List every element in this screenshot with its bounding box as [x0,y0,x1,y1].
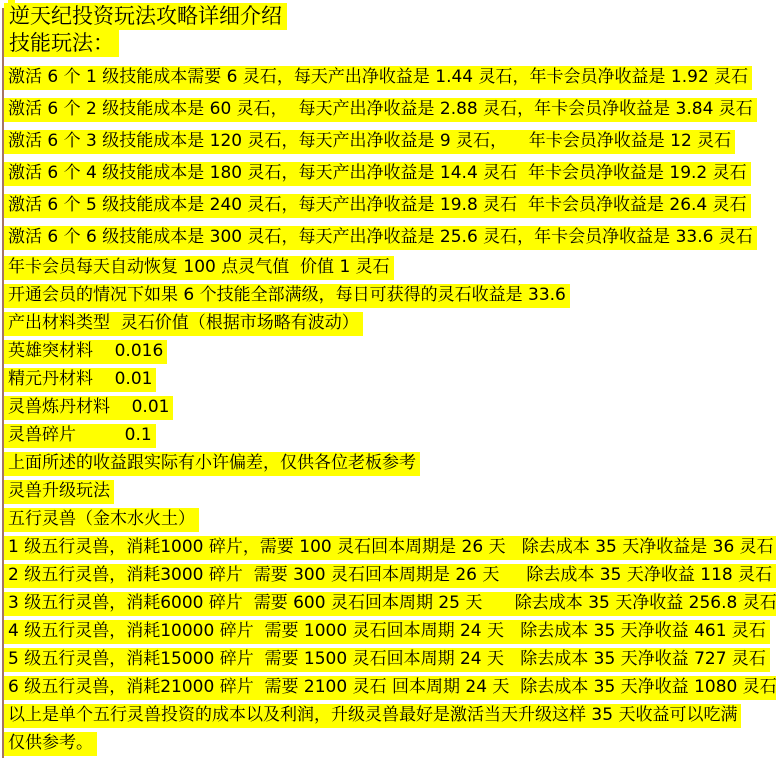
reference-note: 仅供参考。 [0,730,776,758]
material-row-jingyuandan: 精元丹材料 0.01 [0,366,776,394]
beast-types-line-text: 五行灵兽（金木水火土） [4,508,199,532]
section-heading-skills-text: 技能玩法： [4,30,119,56]
beast-level-4-text: 4 级五行灵兽，消耗10000 碎片 需要 1000 灵石回本周期 24 天 除… [4,620,770,644]
skill-level-1-row: 激活 6 个 1 级技能成本需要 6 灵石，每天产出净收益是 1.44 灵石，年… [0,62,776,94]
skill-level-5-row: 激活 6 个 5 级技能成本是 240 灵石，每天产出净收益是 19.8 灵石 … [0,190,776,222]
beast-level-2-text: 2 级五行灵兽，消耗3000 碎片 需要 300 灵石回本周期是 26 天 除去… [4,564,776,588]
material-row-jingyuandan-text: 精元丹材料 0.01 [4,368,156,392]
beast-level-1-row: 1 级五行灵兽，消耗1000 碎片，需要 100 灵石回本周期是 26 天 除去… [0,534,776,562]
skill-level-4-text: 激活 6 个 4 级技能成本是 180 灵石，每天产出净收益是 14.4 灵石 … [4,162,751,186]
beast-level-5-text: 5 级五行灵兽，消耗15000 碎片 需要 1500 灵石回本周期 24 天 除… [4,648,770,672]
beast-summary-note-text: 以上是单个五行灵兽投资的成本以及利润，升级灵兽最好是激活当天升级这样 35 天收… [4,704,741,728]
beast-summary-note: 以上是单个五行灵兽投资的成本以及利润，升级灵兽最好是激活当天升级这样 35 天收… [0,702,776,730]
skill-level-6-row: 激活 6 个 6 级技能成本是 300 灵石，每天产出净收益是 25.6 灵石，… [0,222,776,254]
section-heading-skills: 技能玩法： [0,30,776,57]
skill-level-3-row: 激活 6 个 3 级技能成本是 120 灵石，每天产出净收益是 9 灵石， 年卡… [0,126,776,158]
skill-level-2-row: 激活 6 个 2 级技能成本是 60 灵石， 每天产出净收益是 2.88 灵石，… [0,94,776,126]
material-row-suipian-text: 灵兽碎片 0.1 [4,424,156,448]
document-content: 逆天纪投资玩法攻略详细介绍 技能玩法： 激活 6 个 1 级技能成本需要 6 灵… [0,0,776,758]
skill-level-3-text: 激活 6 个 3 级技能成本是 120 灵石，每天产出净收益是 9 灵石， 年卡… [4,130,735,154]
page-title: 逆天纪投资玩法攻略详细介绍 [0,3,776,30]
skill-level-5-text: 激活 6 个 5 级技能成本是 240 灵石，每天产出净收益是 19.8 灵石 … [4,194,751,218]
member-recovery-note: 年卡会员每天自动恢复 100 点灵气值 价值 1 灵石 [0,254,776,282]
beast-level-3-row: 3 级五行灵兽，消耗6000 碎片 需要 600 灵石回本周期 25 天 除去成… [0,590,776,618]
material-row-liandan-text: 灵兽炼丹材料 0.01 [4,396,173,420]
skill-level-6-text: 激活 6 个 6 级技能成本是 300 灵石，每天产出净收益是 25.6 灵石，… [4,226,757,250]
skill-level-4-row: 激活 6 个 4 级技能成本是 180 灵石，每天产出净收益是 14.4 灵石 … [0,158,776,190]
beast-types-line: 五行灵兽（金木水火土） [0,506,776,534]
material-row-hero-text: 英雄突材料 0.016 [4,340,167,364]
reference-note-text: 仅供参考。 [4,732,97,756]
material-row-hero: 英雄突材料 0.016 [0,338,776,366]
beast-level-4-row: 4 级五行灵兽，消耗10000 碎片 需要 1000 灵石回本周期 24 天 除… [0,618,776,646]
beast-level-3-text: 3 级五行灵兽，消耗6000 碎片 需要 600 灵石回本周期 25 天 除去成… [4,592,776,616]
beast-level-6-text: 6 级五行灵兽，消耗21000 碎片 需要 2100 灵石 回本周期 24 天 … [4,676,776,700]
beast-level-5-row: 5 级五行灵兽，消耗15000 碎片 需要 1500 灵石回本周期 24 天 除… [0,646,776,674]
skill-level-2-text: 激活 6 个 2 级技能成本是 60 灵石， 每天产出净收益是 2.88 灵石，… [4,98,757,122]
page-title-text: 逆天纪投资玩法攻略详细介绍 [4,3,287,29]
materials-header: 产出材料类型 灵石价值（根据市场略有波动） [0,310,776,338]
material-row-suipian: 灵兽碎片 0.1 [0,422,776,450]
member-recovery-note-text: 年卡会员每天自动恢复 100 点灵气值 价值 1 灵石 [4,256,394,280]
skill-level-1-text: 激活 6 个 1 级技能成本需要 6 灵石，每天产出净收益是 1.44 灵石，年… [4,66,752,90]
beast-level-2-row: 2 级五行灵兽，消耗3000 碎片 需要 300 灵石回本周期是 26 天 除去… [0,562,776,590]
beast-level-1-text: 1 级五行灵兽，消耗1000 碎片，需要 100 灵石回本周期是 26 天 除去… [4,536,776,560]
section-heading-beast: 灵兽升级玩法 [0,478,776,506]
materials-header-text: 产出材料类型 灵石价值（根据市场略有波动） [4,312,363,336]
member-income-note-text: 开通会员的情况下如果 6 个技能全部满级，每日可获得的灵石收益是 33.6 [4,284,570,308]
member-income-note: 开通会员的情况下如果 6 个技能全部满级，每日可获得的灵石收益是 33.6 [0,282,776,310]
section-heading-beast-text: 灵兽升级玩法 [4,480,114,504]
disclaimer-note-text: 上面所述的收益跟实际有小许偏差，仅供各位老板参考 [4,452,420,476]
beast-level-6-row: 6 级五行灵兽，消耗21000 碎片 需要 2100 灵石 回本周期 24 天 … [0,674,776,702]
disclaimer-note: 上面所述的收益跟实际有小许偏差，仅供各位老板参考 [0,450,776,478]
material-row-liandan: 灵兽炼丹材料 0.01 [0,394,776,422]
document-page: 逆天纪投资玩法攻略详细介绍 技能玩法： 激活 6 个 1 级技能成本需要 6 灵… [0,0,776,758]
